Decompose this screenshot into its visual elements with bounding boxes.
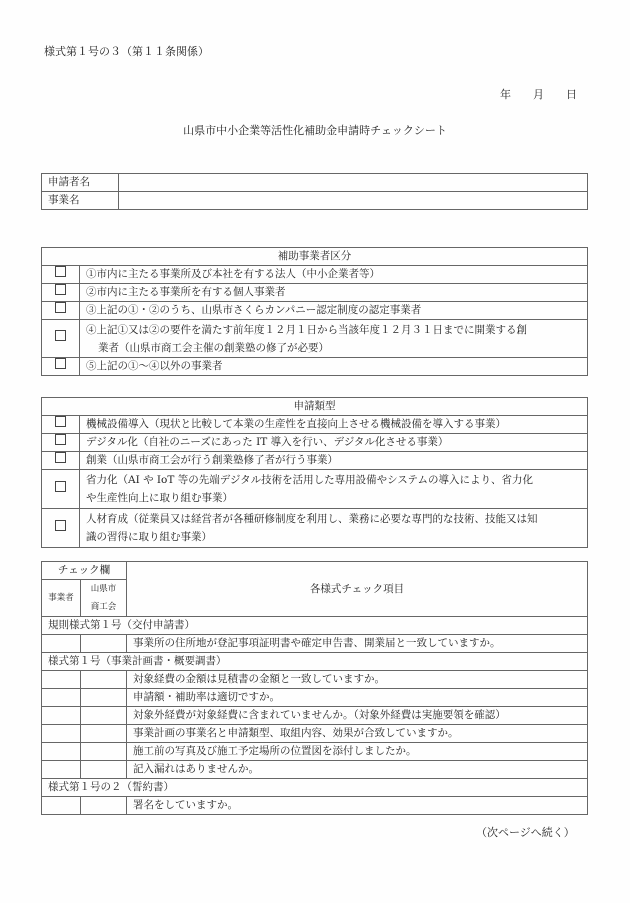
type-option-labor-saving-line2: や生産性向上に取り組む事業） — [86, 489, 581, 507]
type-option-startup: 創業（山県市商工会が行う創業塾修了者が行う事業） — [80, 452, 588, 470]
category-option-4-line2: 業者（山県市商工会主催の創業塾の修了が必要） — [86, 339, 581, 357]
check-item: 記入漏れはありませんか。 — [127, 761, 588, 779]
checkbox[interactable] — [55, 481, 66, 492]
table-row: 申請額・補助率は適切ですか。 — [42, 689, 588, 707]
table-row: 申請者名 — [42, 174, 588, 192]
city-check-cell[interactable] — [81, 707, 127, 725]
check-item: 対象外経費が対象経費に含まれていませんか。（対象外経費は実施要領を確認） — [127, 707, 588, 725]
category-header: 補助事業者区分 — [42, 248, 588, 266]
category-option-4-line1: ④上記①又は②の要件を満たす前年度１２月１日から当該年度１２月３１日までに開業す… — [86, 321, 581, 339]
checkbox[interactable] — [55, 330, 66, 341]
applicant-check-cell[interactable] — [42, 689, 81, 707]
check-item: 署名をしていますか。 — [127, 797, 588, 815]
check-item: 申請額・補助率は適切ですか。 — [127, 689, 588, 707]
table-row: 創業（山県市商工会が行う創業塾修了者が行う事業） — [42, 452, 588, 470]
category-option-2: ②市内に主たる事業所を有する個人事業者 — [80, 284, 588, 302]
table-row: ④上記①又は②の要件を満たす前年度１２月１日から当該年度１２月３１日までに開業す… — [42, 320, 588, 358]
section-title: 様式第１号の２（誓約書） — [42, 779, 588, 797]
date-day: 日 — [566, 86, 577, 102]
city-check-cell[interactable] — [81, 761, 127, 779]
check-item: 施工前の写真及び施工予定場所の位置図を添付しましたか。 — [127, 743, 588, 761]
table-row: ②市内に主たる事業所を有する個人事業者 — [42, 284, 588, 302]
page-title: 山県市中小企業等活性化補助金申請時チェックシート — [0, 122, 630, 138]
category-option-1: ①市内に主たる事業所及び本社を有する法人（中小企業者等） — [80, 266, 588, 284]
type-option-hr-development: 人材育成（従業員又は経営者が各種研修制度を利用し、業務に必要な専門的な技術、技能… — [80, 509, 588, 548]
table-row: ③上記の①・②のうち、山県市さくらカンパニー認定制度の認定事業者 — [42, 302, 588, 320]
city-check-cell[interactable] — [81, 635, 127, 653]
checkbox[interactable] — [55, 266, 66, 277]
category-option-3: ③上記の①・②のうち、山県市さくらカンパニー認定制度の認定事業者 — [80, 302, 588, 320]
applicant-check-cell[interactable] — [42, 635, 81, 653]
checkbox[interactable] — [55, 434, 66, 445]
checkbox[interactable] — [55, 358, 66, 369]
checkbox[interactable] — [55, 284, 66, 295]
type-option-labor-saving-line1: 省力化（AI や IoT 等の先端デジタル技術を活用した専用設備やシステムの導入… — [86, 471, 581, 489]
city-check-cell[interactable] — [81, 743, 127, 761]
applicant-check-cell[interactable] — [42, 725, 81, 743]
checkbox[interactable] — [55, 452, 66, 463]
section-title: 規則様式第１号（交付申請書） — [42, 617, 588, 635]
table-row: 事業計画の事業名と申請類型、取組内容、効果が合致していますか。 — [42, 725, 588, 743]
applicant-check-cell[interactable] — [42, 761, 81, 779]
type-option-hr-line1: 人材育成（従業員又は経営者が各種研修制度を利用し、業務に必要な専門的な技術、技能… — [86, 510, 581, 528]
applicant-check-cell[interactable] — [42, 797, 81, 815]
checkbox[interactable] — [55, 520, 66, 531]
table-row: 対象外経費が対象経費に含まれていませんか。（対象外経費は実施要領を確認） — [42, 707, 588, 725]
applicant-name-label: 申請者名 — [42, 174, 119, 192]
category-table: 補助事業者区分 ①市内に主たる事業所及び本社を有する法人（中小企業者等） ②市内… — [41, 247, 588, 376]
date-month: 月 — [533, 86, 544, 102]
table-row: ①市内に主たる事業所及び本社を有する法人（中小企業者等） — [42, 266, 588, 284]
project-name-label: 事業名 — [42, 192, 119, 210]
check-item: 事業計画の事業名と申請類型、取組内容、効果が合致していますか。 — [127, 725, 588, 743]
type-option-digital: デジタル化（自社のニーズにあった IT 導入を行い、デジタル化させる事業） — [80, 434, 588, 452]
check-items-table: チェック欄 各様式チェック項目 事業者 山県市 商工会 規則様式第１号（交付申請… — [41, 561, 588, 815]
check-column-header: チェック欄 — [42, 562, 127, 580]
applicant-check-cell[interactable] — [42, 671, 81, 689]
project-name-field[interactable] — [119, 192, 588, 210]
applicant-name-field[interactable] — [119, 174, 588, 192]
applicant-table: 申請者名 事業名 — [41, 173, 588, 210]
continued-note: （次ページへ続く） — [476, 824, 575, 840]
city-column-line2: 商工会 — [81, 598, 126, 616]
checkbox[interactable] — [55, 416, 66, 427]
table-row: デジタル化（自社のニーズにあった IT 導入を行い、デジタル化させる事業） — [42, 434, 588, 452]
applicant-check-cell[interactable] — [42, 743, 81, 761]
table-row: 人材育成（従業員又は経営者が各種研修制度を利用し、業務に必要な専門的な技術、技能… — [42, 509, 588, 548]
check-item: 対象経費の金額は見積書の金額と一致していますか。 — [127, 671, 588, 689]
checkbox[interactable] — [55, 302, 66, 313]
items-column-header: 各様式チェック項目 — [127, 562, 588, 617]
table-row: ⑤上記の①～④以外の事業者 — [42, 358, 588, 376]
table-row: 省力化（AI や IoT 等の先端デジタル技術を活用した専用設備やシステムの導入… — [42, 470, 588, 509]
city-column-header: 山県市 商工会 — [81, 580, 127, 617]
table-row: 事業名 — [42, 192, 588, 210]
application-type-table: 申請類型 機械設備導入（現状と比較して本業の生産性を直接向上させる機械設備を導入… — [41, 397, 588, 548]
applicant-check-cell[interactable] — [42, 707, 81, 725]
applicant-column-header: 事業者 — [42, 580, 81, 617]
table-row: 対象経費の金額は見積書の金額と一致していますか。 — [42, 671, 588, 689]
type-option-labor-saving: 省力化（AI や IoT 等の先端デジタル技術を活用した専用設備やシステムの導入… — [80, 470, 588, 509]
table-row: 施工前の写真及び施工予定場所の位置図を添付しましたか。 — [42, 743, 588, 761]
table-row: 署名をしていますか。 — [42, 797, 588, 815]
type-option-hr-line2: 識の習得に取り組む事業） — [86, 528, 581, 546]
section-title: 様式第１号（事業計画書・概要調書） — [42, 653, 588, 671]
type-header: 申請類型 — [42, 398, 588, 416]
date-field: 年月日 — [500, 86, 577, 102]
city-check-cell[interactable] — [81, 671, 127, 689]
form-number: 様式第１号の３（第１１条関係） — [44, 43, 209, 59]
city-column-line1: 山県市 — [81, 580, 126, 598]
city-check-cell[interactable] — [81, 689, 127, 707]
category-option-5: ⑤上記の①～④以外の事業者 — [80, 358, 588, 376]
type-option-machinery: 機械設備導入（現状と比較して本業の生産性を直接向上させる機械設備を導入する事業） — [80, 416, 588, 434]
table-row: 記入漏れはありませんか。 — [42, 761, 588, 779]
category-option-4: ④上記①又は②の要件を満たす前年度１２月１日から当該年度１２月３１日までに開業す… — [80, 320, 588, 358]
table-row: 事業所の住所地が登記事項証明書や確定申告書、開業届と一致していますか。 — [42, 635, 588, 653]
table-row: 機械設備導入（現状と比較して本業の生産性を直接向上させる機械設備を導入する事業） — [42, 416, 588, 434]
date-year: 年 — [500, 86, 511, 102]
city-check-cell[interactable] — [81, 797, 127, 815]
check-item: 事業所の住所地が登記事項証明書や確定申告書、開業届と一致していますか。 — [127, 635, 588, 653]
city-check-cell[interactable] — [81, 725, 127, 743]
